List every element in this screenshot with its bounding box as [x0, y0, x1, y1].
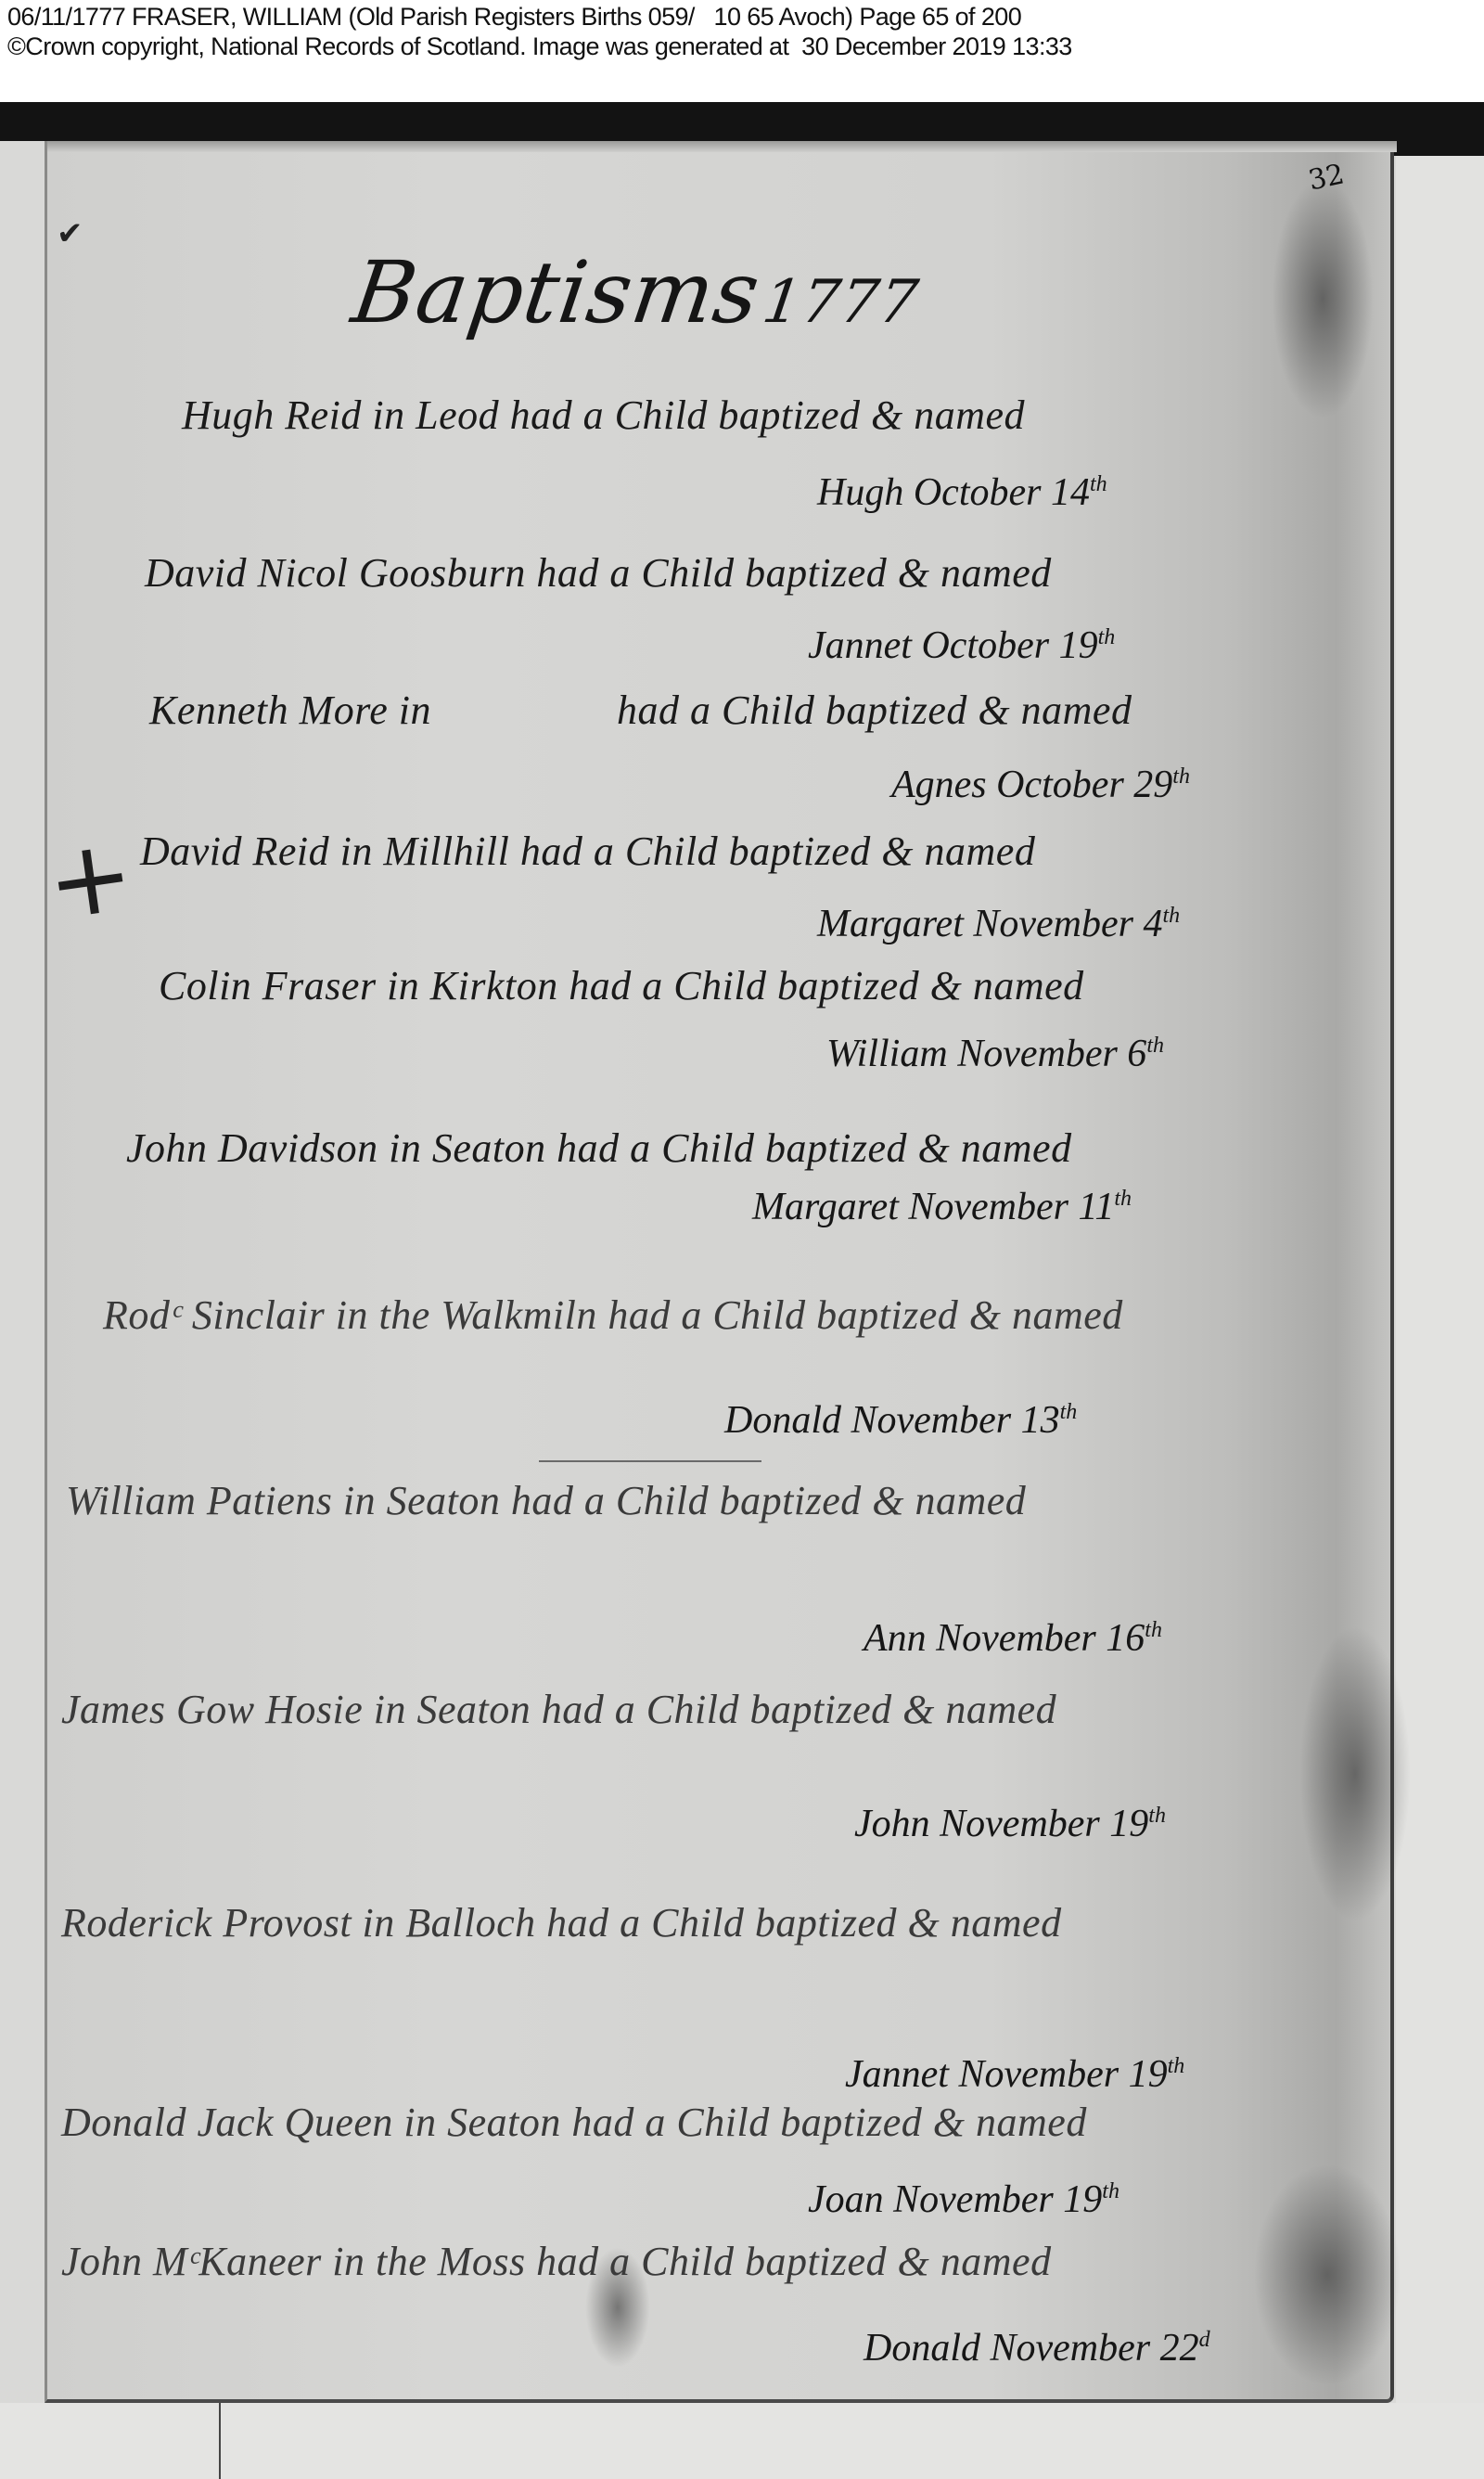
child-name: Donald — [724, 1399, 841, 1442]
date-suffix: th — [1114, 1187, 1132, 1211]
child-name: Jannet — [845, 2053, 949, 2096]
entry-child-line: Margaret November 11th — [752, 1185, 1132, 1229]
entry-parent-line: James Gow Hosie in Seaton had a Child ba… — [61, 1686, 1056, 1733]
date-suffix: th — [1102, 2179, 1119, 2203]
date-suffix: th — [1145, 1618, 1162, 1642]
date-suffix: th — [1060, 1400, 1078, 1424]
entry-parent-line: Colin Fraser in Kirkton had a Child bapt… — [159, 962, 1084, 1009]
child-name: Jannet — [808, 624, 912, 667]
entry-child-line: Ann November 16th — [864, 1616, 1162, 1661]
date-suffix: th — [1172, 764, 1190, 789]
baptism-date: October 19 — [921, 624, 1097, 667]
entry-child-line: Donald November 22d — [864, 2326, 1210, 2370]
entry-child-line: Jannet October 19th — [808, 623, 1115, 668]
entry-child-line: Margaret November 4th — [817, 902, 1180, 946]
date-suffix: d — [1199, 2328, 1210, 2352]
entry-parent-line: William Patiens in Seaton had a Child ba… — [66, 1477, 1026, 1524]
child-name: Joan — [808, 2178, 884, 2221]
baptism-entries: Hugh Reid in Leod had a Child baptized &… — [47, 141, 1390, 2399]
child-name: Ann — [864, 1617, 927, 1660]
entry-child-line: Agnes October 29th — [891, 763, 1190, 807]
baptism-date: November 22 — [991, 2327, 1199, 2370]
baptism-date: November 4 — [973, 903, 1162, 945]
baptism-date: November 19 — [893, 2178, 1102, 2221]
entry-child-line: William November 6th — [826, 1032, 1164, 1076]
baptism-date: November 19 — [958, 2053, 1167, 2096]
underlying-page-edge — [219, 2403, 221, 2479]
date-suffix: th — [1148, 1804, 1166, 1828]
entry-parent-line: Hugh Reid in Leod had a Child baptized &… — [182, 392, 1025, 439]
entry-child-line: Joan November 19th — [808, 2177, 1119, 2222]
facing-page-edge — [1396, 156, 1484, 2479]
date-suffix: th — [1168, 2054, 1185, 2078]
entry-text: had a Child baptized & named — [617, 687, 1132, 733]
entry-child-line: Jannet November 19th — [845, 2052, 1184, 2097]
register-scan-image: 32 ✔ Baptisms1777 + Hugh Reid in Leod ha… — [0, 102, 1484, 2479]
entry-child-line: Hugh October 14th — [817, 470, 1107, 515]
date-suffix: th — [1098, 625, 1116, 649]
copyright-line: ©Crown copyright, National Records of Sc… — [7, 32, 1473, 61]
child-name: William — [826, 1033, 948, 1075]
baptism-date: October 29 — [996, 764, 1172, 806]
entry-parent-line: David Nicol Goosburn had a Child baptize… — [145, 549, 1052, 597]
entry-parent-line: Rodᶜ Sinclair in the Walkmiln had a Chil… — [103, 1291, 1123, 1339]
baptism-date: November 6 — [957, 1033, 1146, 1075]
entry-child-line: Donald November 13th — [724, 1398, 1077, 1443]
entry-parent-line: Kenneth More inhad a Child baptized & na… — [149, 687, 1132, 734]
record-header: 06/11/1777 FRASER, WILLIAM (Old Parish R… — [7, 2, 1473, 61]
child-name: Margaret — [752, 1186, 899, 1228]
child-name: Agnes — [891, 764, 987, 806]
entry-parent-line: Donald Jack Queen in Seaton had a Child … — [61, 2099, 1087, 2146]
entry-parent-line: John MᶜKaneer in the Moss had a Child ba… — [61, 2238, 1052, 2285]
baptism-date: October 14 — [914, 471, 1090, 514]
scan-border-top — [0, 102, 1484, 141]
child-name: Donald — [864, 2327, 980, 2370]
date-suffix: th — [1163, 904, 1181, 928]
child-name: Hugh — [817, 471, 903, 514]
entry-parent-line: Roderick Provost in Balloch had a Child … — [61, 1899, 1062, 1946]
scan-border-top-right — [1382, 102, 1484, 156]
baptism-date: November 13 — [851, 1399, 1060, 1442]
underlying-page — [0, 2403, 1484, 2479]
date-suffix: th — [1090, 472, 1107, 496]
baptism-date: November 19 — [940, 1803, 1148, 1845]
entry-parent-line: John Davidson in Seaton had a Child bapt… — [126, 1124, 1072, 1172]
record-title-line: 06/11/1777 FRASER, WILLIAM (Old Parish R… — [7, 2, 1473, 32]
baptism-date: November 11 — [908, 1186, 1114, 1228]
child-name: Margaret — [817, 903, 964, 945]
baptism-date: November 16 — [936, 1617, 1145, 1660]
entry-parent-line: David Reid in Millhill had a Child bapti… — [140, 828, 1035, 875]
date-suffix: th — [1146, 1034, 1164, 1058]
register-page: 32 ✔ Baptisms1777 + Hugh Reid in Leod ha… — [45, 141, 1394, 2403]
entry-child-line: John November 19th — [854, 1802, 1166, 1846]
child-name: John — [854, 1803, 930, 1845]
parent-name: Kenneth More in — [149, 687, 431, 733]
